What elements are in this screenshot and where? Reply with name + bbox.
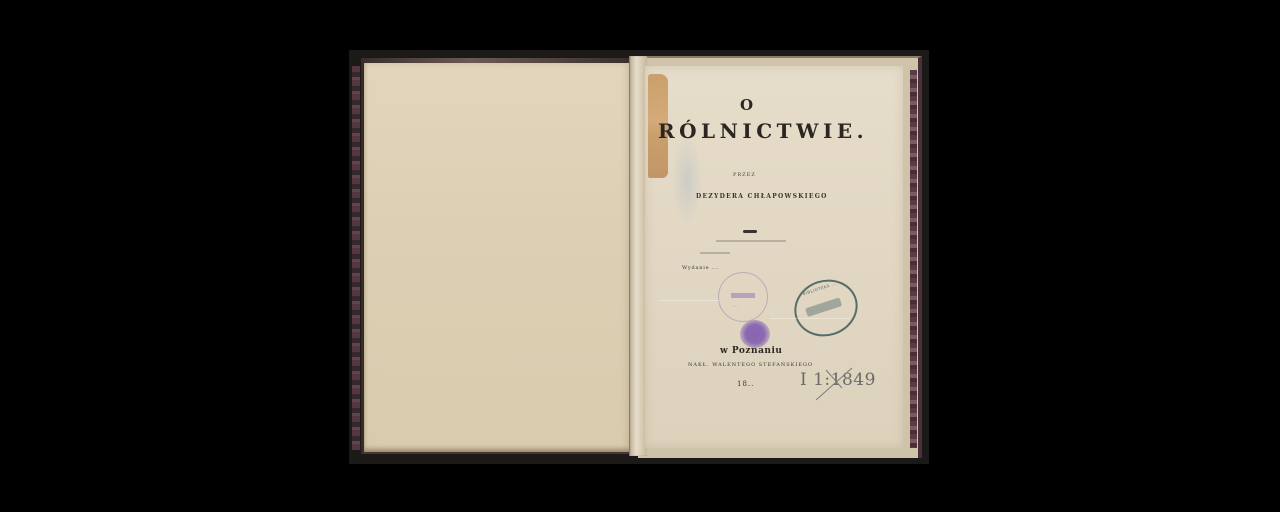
paper-crease: [770, 318, 850, 319]
edition-line: Wydanie ...: [682, 265, 719, 271]
scan-viewer: O RÓLNICTWIE. PRZEZ DEZYDERA CHŁAPOWSKIE…: [0, 0, 1280, 512]
faint-text-line: [700, 252, 730, 254]
stamp-bar: [731, 293, 755, 298]
author-name: DEZYDERA CHŁAPOWSKIEGO: [696, 193, 828, 200]
by-line: PRZEZ: [733, 172, 756, 178]
printer-line: NAKŁ. WALENTEGO STEFAŃSKIEGO: [688, 362, 813, 368]
stamp-label: ...: [733, 303, 737, 308]
title-preposition: O: [740, 96, 753, 114]
paper-crease: [660, 300, 720, 301]
purple-ownership-stamp: [740, 320, 770, 348]
left-endpaper: [361, 62, 634, 454]
publication-year: 18..: [737, 380, 754, 388]
stamp-center-band: [805, 297, 842, 317]
page-stain: [672, 135, 702, 225]
ornament-divider: [743, 230, 757, 233]
shelfmark-strike-icon: [812, 366, 858, 402]
faint-library-stamp: ...: [718, 272, 768, 322]
right-board-edge: [910, 70, 917, 448]
book-title: RÓLNICTWIE.: [658, 119, 868, 143]
faint-text-line: [716, 240, 786, 242]
left-board-edge: [352, 66, 360, 450]
publication-place: w Poznaniu: [720, 346, 782, 356]
